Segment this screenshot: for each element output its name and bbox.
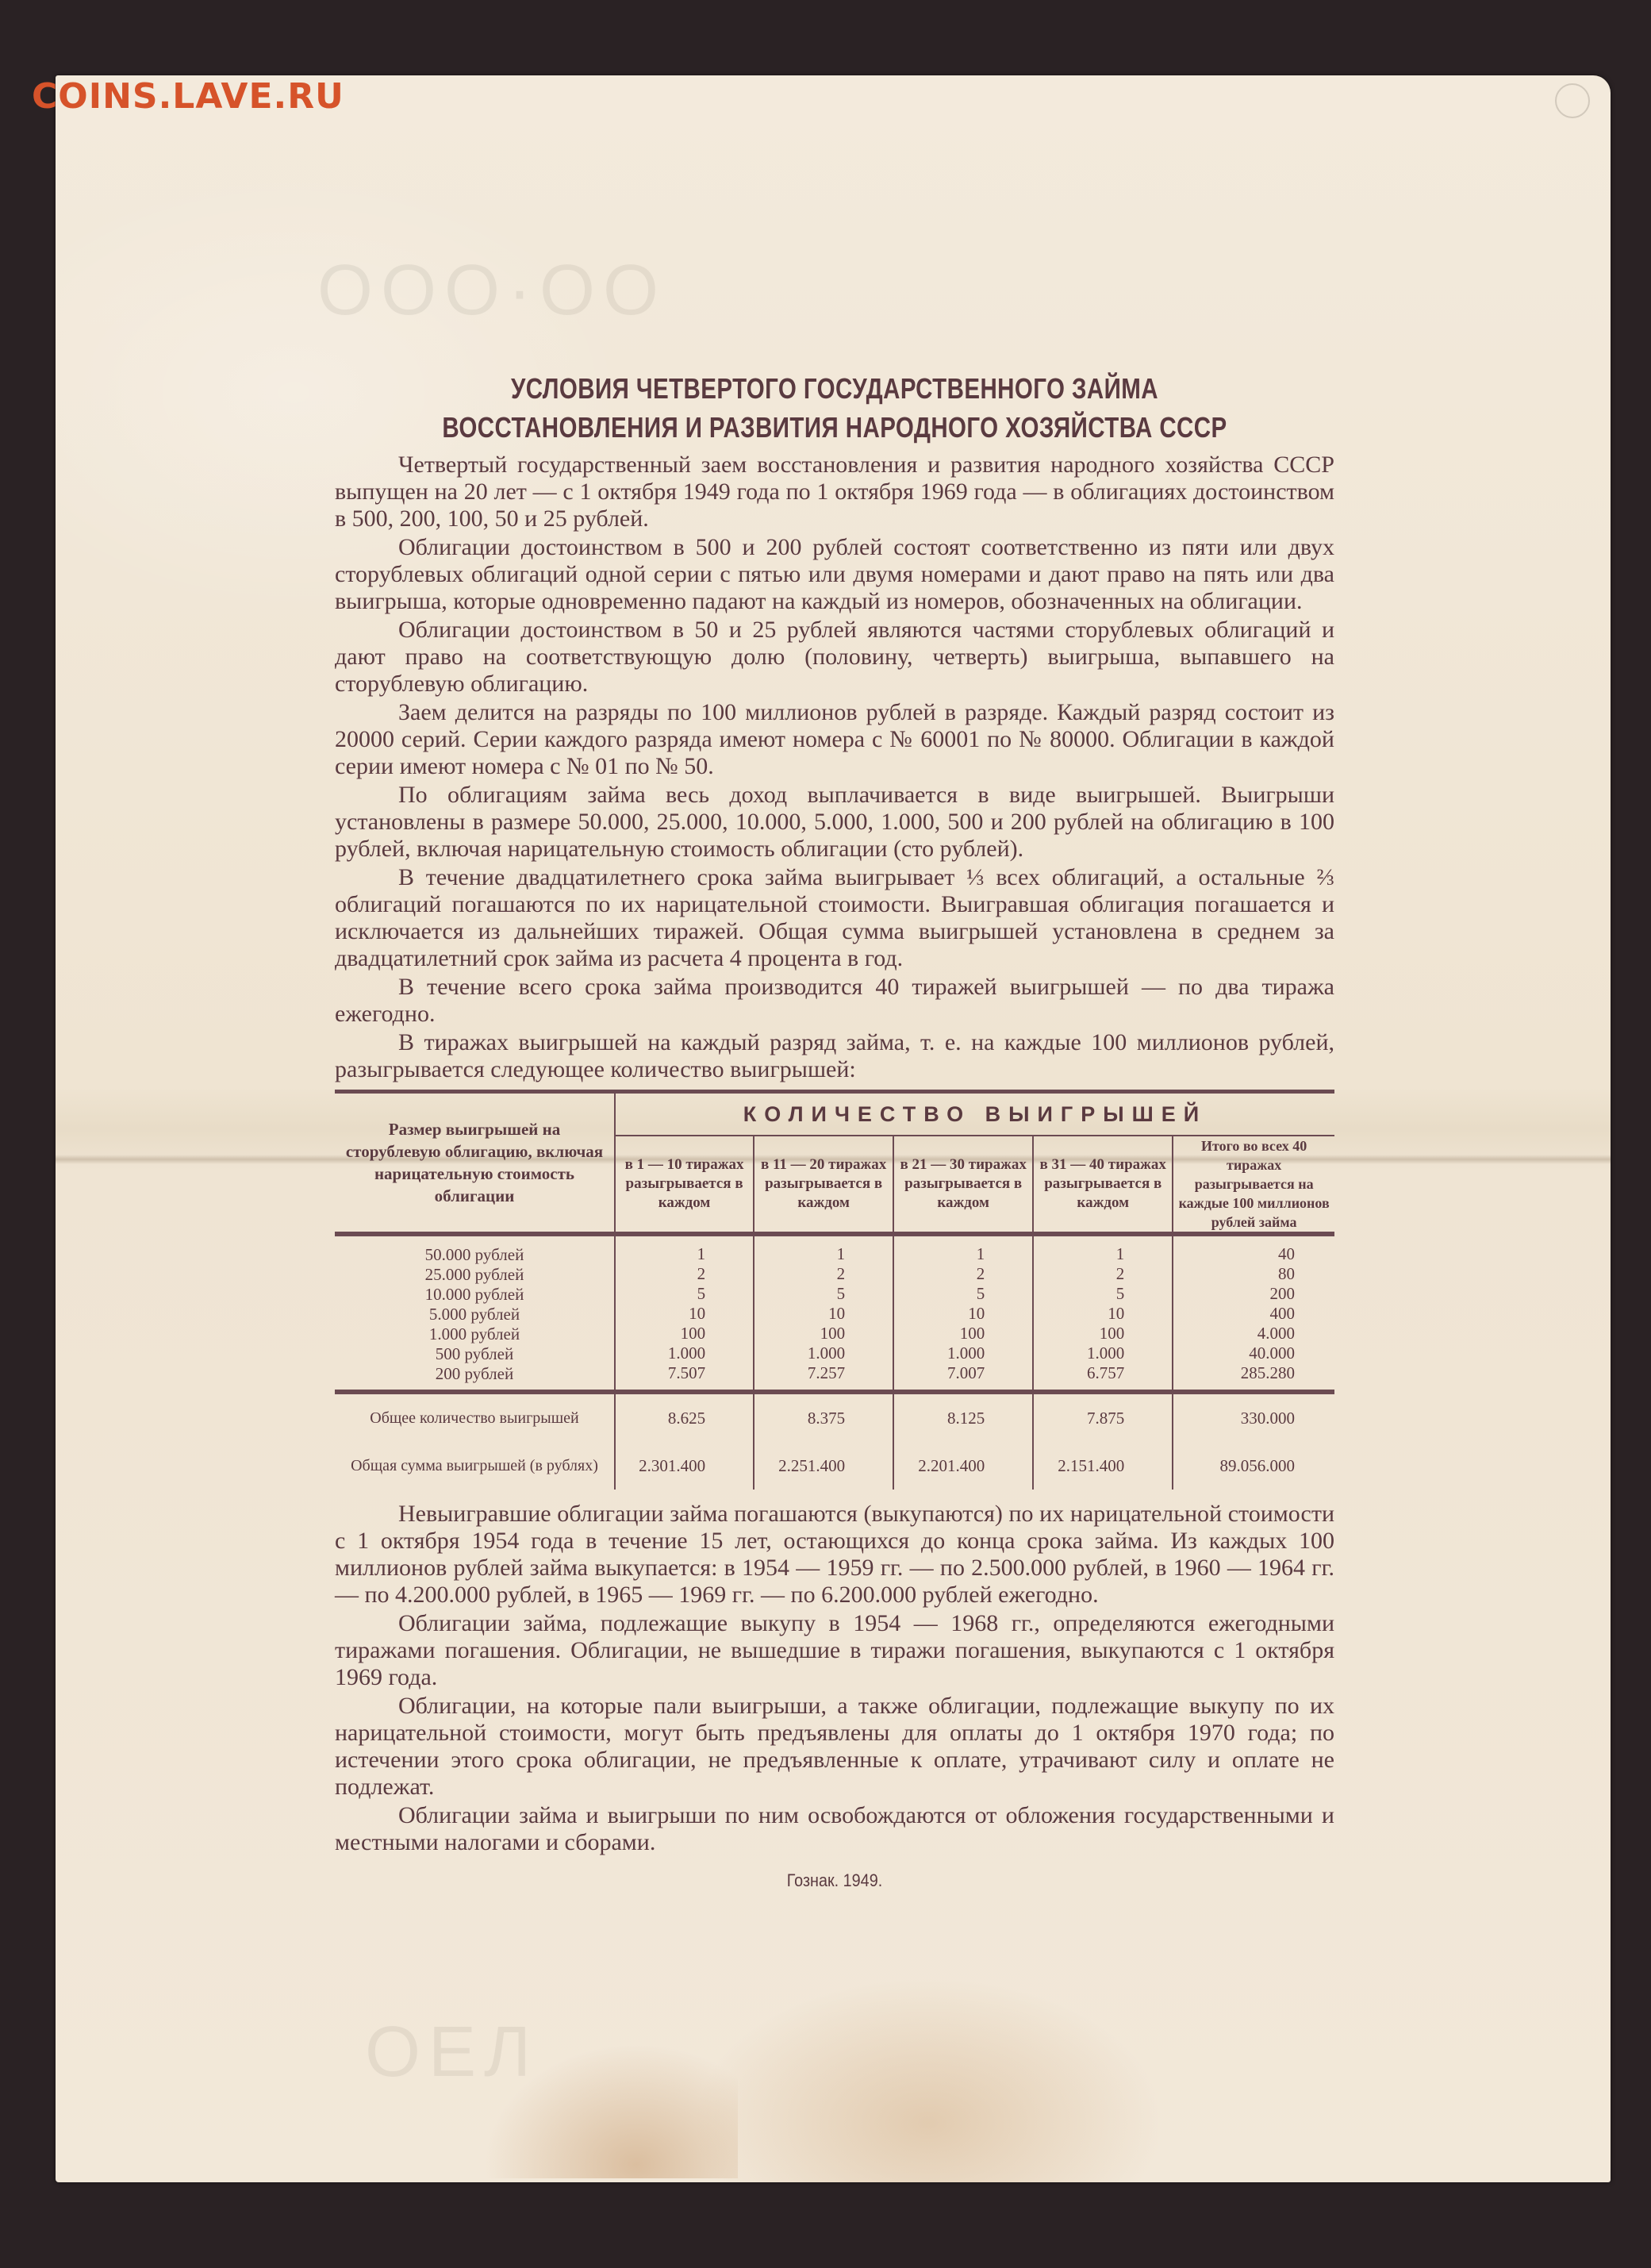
prize-size-label: 1.000 рублей — [335, 1324, 615, 1344]
total-rows: Общее количество выигрышей8.6258.3758.12… — [335, 1392, 1334, 1490]
prize-count-cell: 200 — [1173, 1284, 1334, 1304]
paragraph-table-intro: В тиражах выигрышей на каждый разряд зай… — [335, 1029, 1334, 1083]
prize-count-cell: 100 — [893, 1324, 1033, 1344]
paragraph-tax-exemption: Облигации займа и выигрыши по ним освобо… — [335, 1802, 1334, 1856]
prize-count-cell: 4.000 — [1173, 1324, 1334, 1344]
total-value-cell: 8.125 — [893, 1392, 1033, 1442]
prize-size-label: 10.000 рублей — [335, 1284, 615, 1304]
prize-count-cell: 100 — [1033, 1324, 1173, 1344]
column-header-total: Итого во всех 40 тиражах разыгрывается н… — [1173, 1136, 1334, 1234]
total-value-cell: 330.000 — [1173, 1392, 1334, 1442]
prize-count-cell: 400 — [1173, 1304, 1334, 1324]
prize-count-cell: 1 — [893, 1234, 1033, 1264]
prize-count-cell: 100 — [754, 1324, 893, 1344]
prize-count-cell: 2 — [615, 1264, 754, 1284]
prize-count-cell: 2 — [893, 1264, 1033, 1284]
prize-count-cell: 80 — [1173, 1264, 1334, 1284]
paragraph-redemption: Невыигравшие облигации займа погашаются … — [335, 1501, 1334, 1609]
prize-size-label: 25.000 рублей — [335, 1264, 615, 1284]
total-value-cell: 2.151.400 — [1033, 1442, 1173, 1490]
table-row: 50.000 рублей111140 — [335, 1234, 1334, 1264]
total-value-cell: 89.056.000 — [1173, 1442, 1334, 1490]
paragraph-redemption-draws: Облигации займа, подлежащие выкупу в 195… — [335, 1610, 1334, 1691]
prize-count-cell: 40 — [1173, 1234, 1334, 1264]
document-title: УСЛОВИЯ ЧЕТВЕРТОГО ГОСУДАРСТВЕННОГО ЗАЙМ… — [424, 369, 1244, 447]
column-header-draws-11-20: в 11 — 20 тиражах разыгрывается в каждом — [754, 1136, 893, 1234]
punch-mark-icon — [1555, 83, 1590, 118]
paragraph-draw-count: В течение всего срока займа производится… — [335, 974, 1334, 1028]
total-value-cell: 2.251.400 — [754, 1442, 893, 1490]
prize-count-cell: 10 — [893, 1304, 1033, 1324]
paragraph-large-denominations: Облигации достоинством в 500 и 200 рубле… — [335, 534, 1334, 615]
total-label: Общая сумма выигрышей (в рублях) — [335, 1442, 615, 1490]
total-value-cell: 8.375 — [754, 1392, 893, 1442]
paragraph-prize-amounts: По облигациям займа весь доход выплачива… — [335, 782, 1334, 863]
total-label: Общее количество выигрышей — [335, 1392, 615, 1442]
prize-count-cell: 2 — [1033, 1264, 1173, 1284]
table-row: 10.000 рублей5555200 — [335, 1284, 1334, 1304]
water-stain — [484, 2043, 738, 2178]
paragraph-payment-deadline: Облигации, на которые пали выигрыши, а т… — [335, 1693, 1334, 1801]
prize-count-cell: 7.507 — [615, 1363, 754, 1392]
prize-count-cell: 5 — [754, 1284, 893, 1304]
table-total-row: Общее количество выигрышей8.6258.3758.12… — [335, 1392, 1334, 1442]
prize-count-cell: 5 — [893, 1284, 1033, 1304]
prize-count-cell: 1.000 — [1033, 1344, 1173, 1363]
total-value-cell: 2.301.400 — [615, 1442, 754, 1490]
prize-count-cell: 1 — [1033, 1234, 1173, 1264]
column-header-draws-31-40: в 31 — 40 тиражах разыгрывается в каждом — [1033, 1136, 1173, 1234]
total-value-cell: 2.201.400 — [893, 1442, 1033, 1490]
prize-size-label: 500 рублей — [335, 1344, 615, 1363]
prize-size-header: Размер выигрышей на сторублевую облигаци… — [335, 1092, 615, 1235]
prize-count-cell: 285.280 — [1173, 1363, 1334, 1392]
prize-rows: 50.000 рублей11114025.000 рублей22228010… — [335, 1234, 1334, 1392]
title-line-2: ВОССТАНОВЛЕНИЯ И РАЗВИТИЯ НАРОДНОГО ХОЗЯ… — [424, 408, 1244, 447]
column-header-draws-21-30: в 21 — 30 тиражах разыгрывается в каждом — [893, 1136, 1033, 1234]
table-row: 25.000 рублей222280 — [335, 1264, 1334, 1284]
prize-count-cell: 1 — [615, 1234, 754, 1264]
prize-count-cell: 7.007 — [893, 1363, 1033, 1392]
total-value-cell: 7.875 — [1033, 1392, 1173, 1442]
table-row: 200 рублей7.5077.2577.0076.757285.280 — [335, 1363, 1334, 1392]
prize-count-cell: 40.000 — [1173, 1344, 1334, 1363]
title-line-1: УСЛОВИЯ ЧЕТВЕРТОГО ГОСУДАРСТВЕННОГО ЗАЙМ… — [424, 369, 1244, 408]
prize-count-cell: 10 — [615, 1304, 754, 1324]
prize-count-cell: 5 — [1033, 1284, 1173, 1304]
prize-count-cell: 10 — [1033, 1304, 1173, 1324]
table-row: 500 рублей1.0001.0001.0001.00040.000 — [335, 1344, 1334, 1363]
table-row: 5.000 рублей10101010400 — [335, 1304, 1334, 1324]
prize-table: Размер выигрышей на сторублевую облигаци… — [335, 1090, 1334, 1490]
total-value-cell: 8.625 — [615, 1392, 754, 1442]
bleed-through-serial: ООО·ОО — [317, 250, 666, 332]
loan-conditions-document: УСЛОВИЯ ЧЕТВЕРТОГО ГОСУДАРСТВЕННОГО ЗАЙМ… — [335, 369, 1334, 1891]
printer-mark: Гознак. 1949. — [385, 1870, 1284, 1891]
prize-count-cell: 5 — [615, 1284, 754, 1304]
prize-count-cell: 100 — [615, 1324, 754, 1344]
prize-size-label: 200 рублей — [335, 1363, 615, 1392]
site-watermark: COINS.LAVE.RU — [32, 76, 344, 117]
prize-count-cell: 6.757 — [1033, 1363, 1173, 1392]
column-header-draws-1-10: в 1 — 10 тиражах разыгрывается в каждом — [615, 1136, 754, 1234]
prize-size-label: 50.000 рублей — [335, 1234, 615, 1264]
prize-count-cell: 1 — [754, 1234, 893, 1264]
paragraph-issue-terms: Четвертый государственный заем восстанов… — [335, 452, 1334, 532]
paragraph-categories-series: Заем делится на разряды по 100 миллионов… — [335, 699, 1334, 780]
prize-count-cell: 1.000 — [754, 1344, 893, 1363]
paragraph-small-denominations: Облигации достоинством в 50 и 25 рублей … — [335, 617, 1334, 698]
prize-size-label: 5.000 рублей — [335, 1304, 615, 1324]
paragraph-winning-share: В течение двадцатилетнего срока займа вы… — [335, 864, 1334, 972]
prize-count-cell: 1.000 — [893, 1344, 1033, 1363]
prize-count-group-header: КОЛИЧЕСТВО ВЫИГРЫШЕЙ — [615, 1092, 1334, 1136]
prize-count-cell: 7.257 — [754, 1363, 893, 1392]
prize-count-cell: 2 — [754, 1264, 893, 1284]
prize-count-cell: 1.000 — [615, 1344, 754, 1363]
table-row: 1.000 рублей1001001001004.000 — [335, 1324, 1334, 1344]
prize-count-cell: 10 — [754, 1304, 893, 1324]
table-total-row: Общая сумма выигрышей (в рублях)2.301.40… — [335, 1442, 1334, 1490]
